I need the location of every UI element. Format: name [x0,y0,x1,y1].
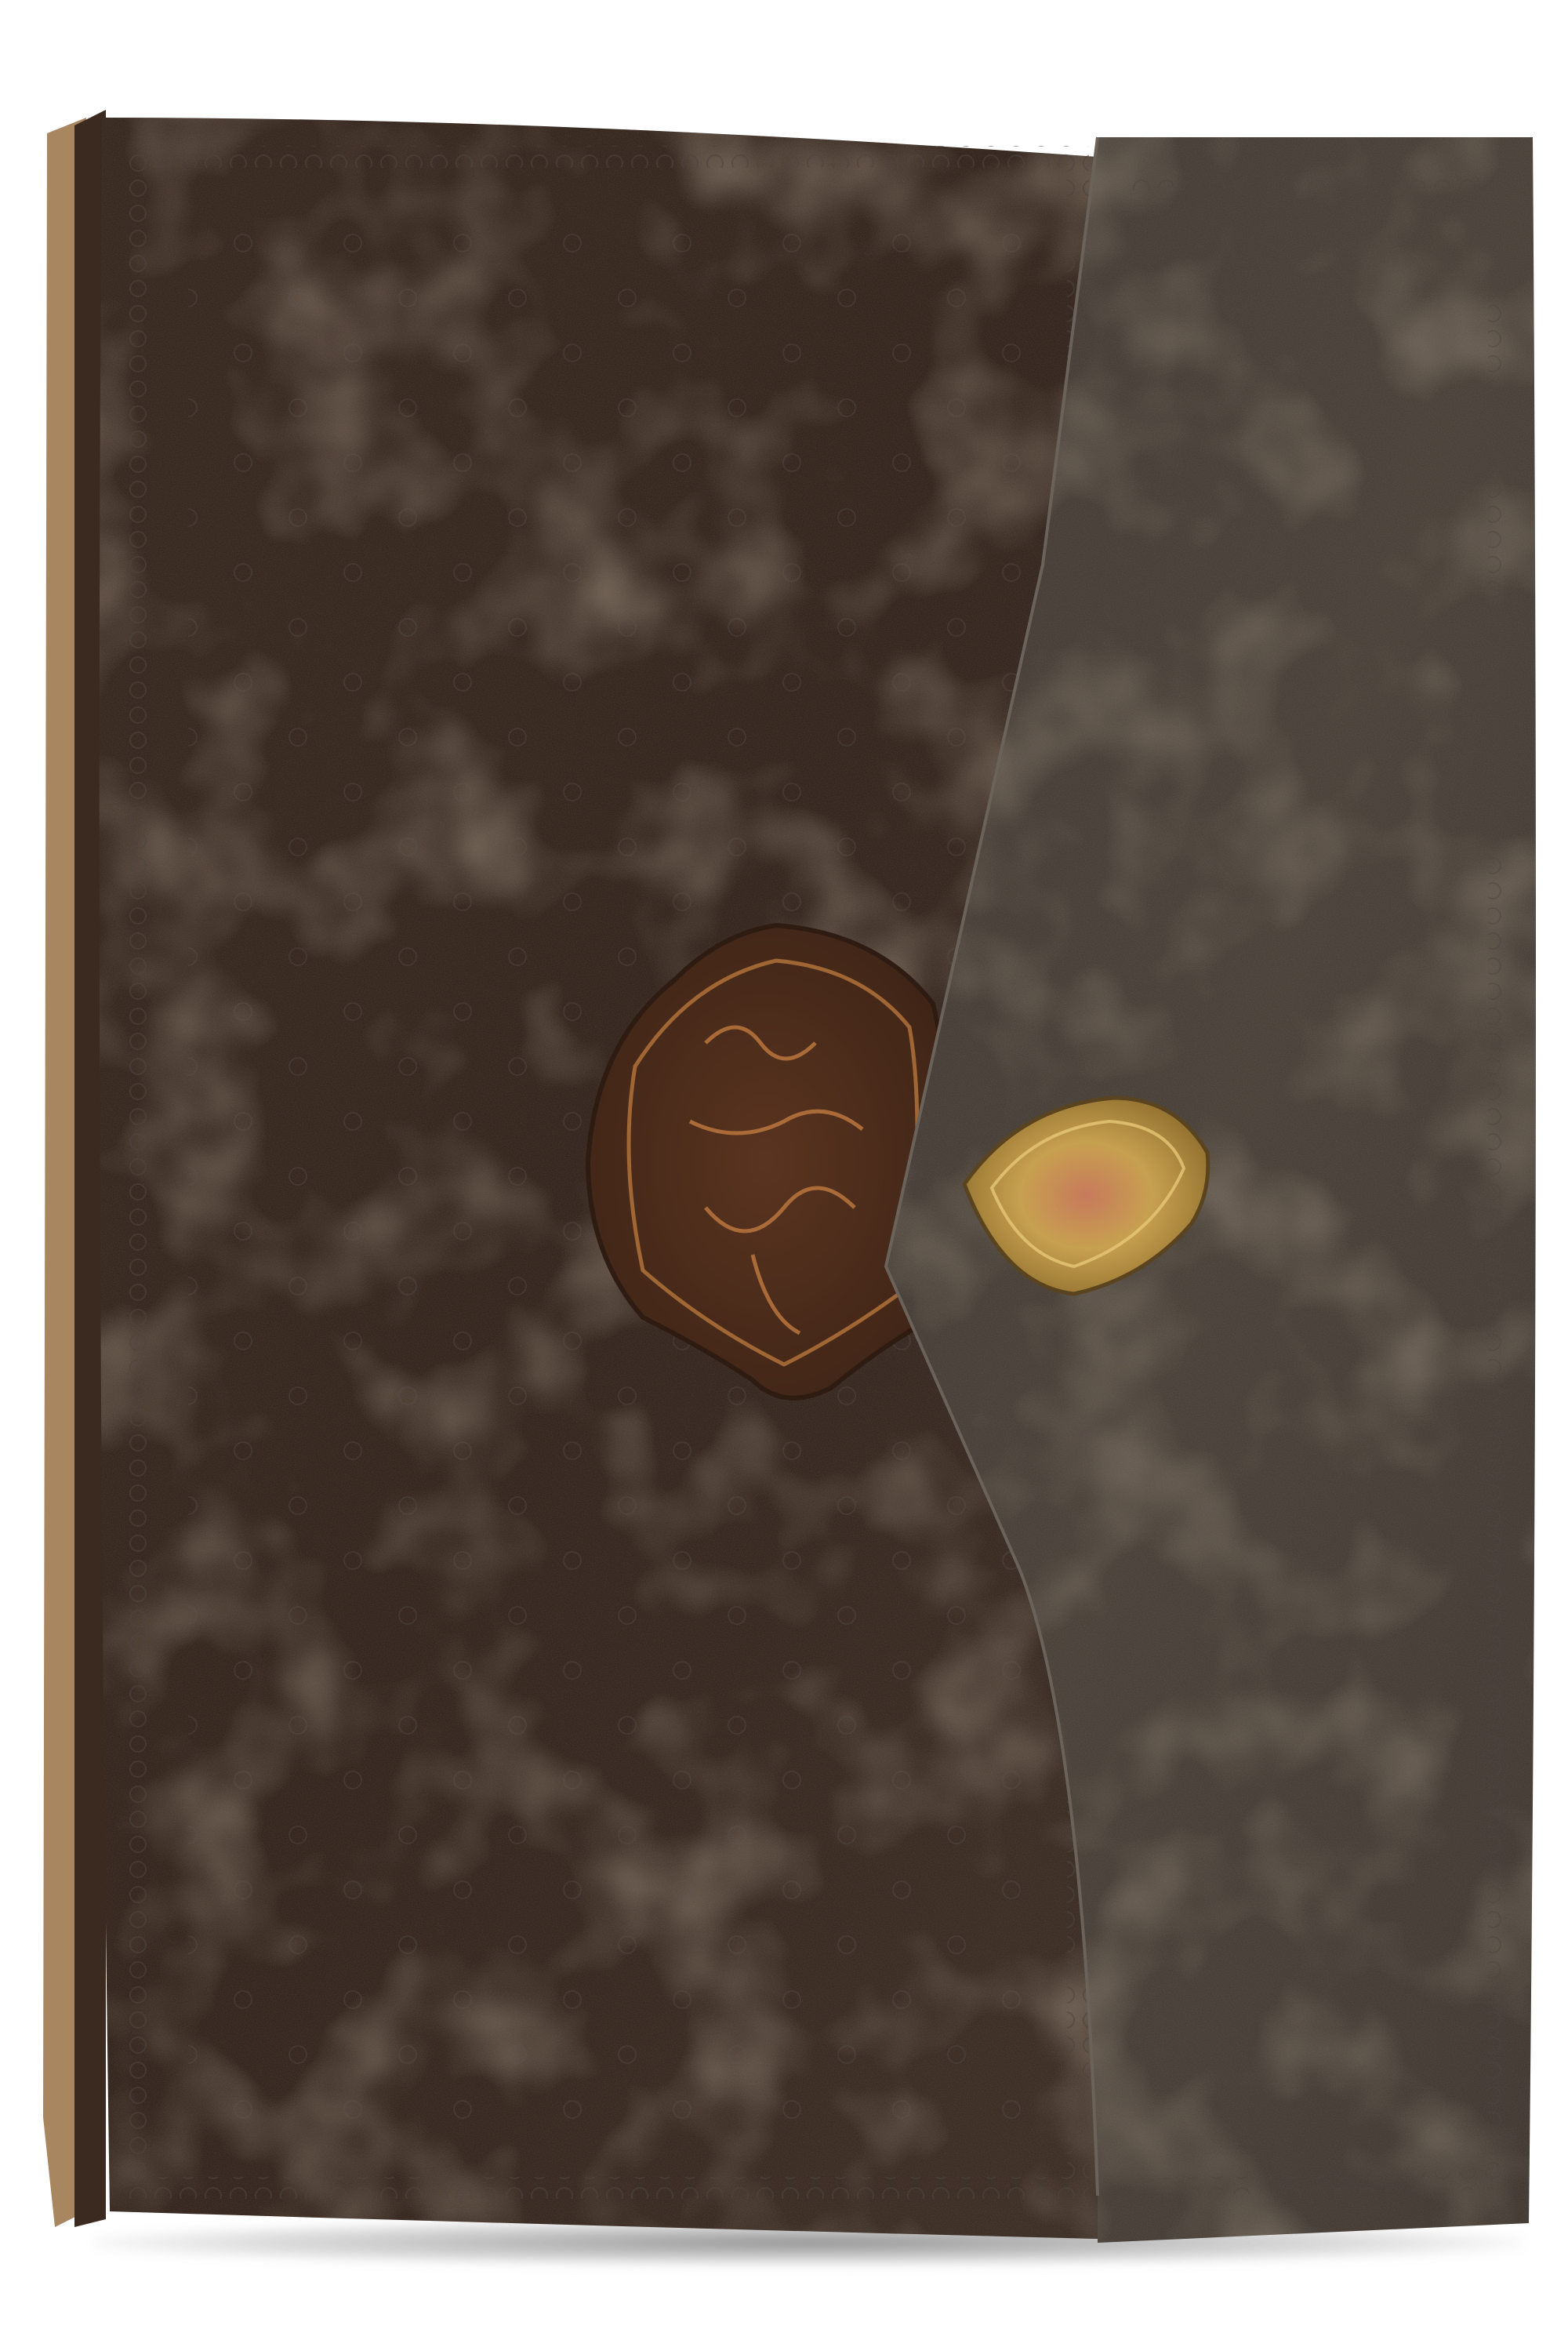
book-illustration [0,0,1568,2329]
book-photo [0,0,1568,2329]
